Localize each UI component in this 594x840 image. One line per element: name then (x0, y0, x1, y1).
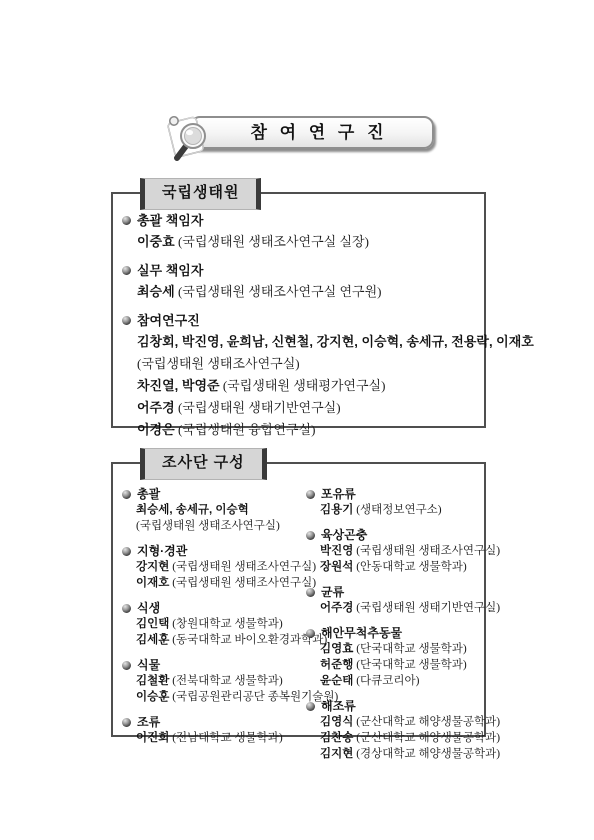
researcher-line: 김창회, 박진영, 윤희남, 신현철, 강지현, 이승혁, 송세규, 전용락, … (122, 331, 474, 353)
researcher-line: 이진희 (전남대학교 생물학과) (122, 730, 306, 746)
researcher-affiliation: (국립생태원 생태조사연구실 연구원) (175, 284, 382, 299)
sphere-bullet-icon (122, 718, 131, 727)
researcher-names: 어주경 (137, 400, 175, 415)
researcher-affiliation: (단국대학교 생물학과) (353, 643, 466, 655)
sphere-bullet-icon (122, 547, 131, 556)
group-heading: 실무 책임자 (122, 260, 474, 281)
researcher-affiliation: (경상대학교 해양생물공학과) (353, 748, 500, 760)
sphere-bullet-icon (122, 604, 131, 613)
researcher-line: (국립생태원 생태조사연구실) (122, 353, 474, 375)
researcher-names: 차진열, 박영준 (137, 378, 220, 393)
researcher-group: 해조류김영식 (군산대학교 해양생물공학과)김찬송 (군산대학교 해양생물공학과… (306, 698, 500, 762)
researcher-names: 이승훈 (136, 691, 169, 703)
researcher-affiliation: (국립생태원 생태조사연구실) (137, 356, 300, 371)
team-column-left: 총괄최승세, 송세규, 이승혁(국립생태원 생태조사연구실)지형·경관강지현 (… (122, 486, 306, 735)
group-heading: 육상곤충 (306, 527, 500, 543)
researcher-line: 이승훈 (국립공원관리공단 종복원기술원) (122, 689, 306, 705)
researcher-names: 김찬송 (320, 732, 353, 744)
group-heading-label: 식생 (137, 600, 160, 616)
researcher-line: 김찬송 (군산대학교 해양생물공학과) (306, 730, 500, 746)
group-heading: 총괄 (122, 486, 306, 502)
researcher-group: 실무 책임자최승세 (국립생태원 생태조사연구실 연구원) (122, 260, 474, 303)
team-column-right: 포유류김용기 (생태정보연구소)육상곤충박진영 (국립생태원 생태조사연구실)장… (306, 486, 500, 735)
researcher-names: 김창회, 박진영, 윤희남, 신현철, 강지현, 이승혁, 송세규, 전용락, … (137, 334, 534, 349)
researcher-group: 균류어주경 (국립생태원 생태기반연구실) (306, 584, 500, 616)
researcher-names: 이재호 (136, 577, 169, 589)
researcher-affiliation: (창원대학교 생물학과) (169, 618, 282, 630)
researcher-affiliation: (다큐코리아) (353, 675, 419, 687)
researcher-line: 김인택 (창원대학교 생물학과) (122, 616, 306, 632)
researcher-names: 윤순태 (320, 675, 353, 687)
researcher-group: 총괄최승세, 송세규, 이승혁(국립생태원 생태조사연구실) (122, 486, 306, 534)
researcher-names: 김영식 (320, 716, 353, 728)
group-heading-label: 육상곤충 (321, 527, 367, 543)
researcher-line: (국립생태원 생태조사연구실) (122, 518, 306, 534)
researcher-line: 이중효 (국립생태원 생태조사연구실 실장) (122, 231, 474, 253)
sphere-bullet-icon (306, 588, 315, 597)
section-nie-body: 총괄 책임자이중효 (국립생태원 생태조사연구실 실장)실무 책임자최승세 (국… (113, 194, 484, 426)
researcher-line: 어주경 (국립생태원 생태기반연구실) (122, 397, 474, 419)
researcher-group: 포유류김용기 (생태정보연구소) (306, 486, 500, 518)
researcher-names: 김철환 (136, 675, 169, 687)
researcher-affiliation: (동국대학교 바이오환경과학과) (169, 634, 327, 646)
group-heading: 해조류 (306, 698, 500, 714)
sphere-bullet-icon (122, 661, 131, 670)
group-heading: 균류 (306, 584, 500, 600)
group-heading-label: 균류 (321, 584, 344, 600)
group-heading: 포유류 (306, 486, 500, 502)
group-heading: 참여연구진 (122, 310, 474, 331)
group-heading-label: 조류 (137, 714, 160, 730)
document-page: 참 여 연 구 진 국립생태원 총괄 책임자이중효 (국립생태원 생태조사연구실… (0, 0, 594, 840)
page-title-banner: 참 여 연 구 진 (168, 110, 434, 160)
group-heading-label: 실무 책임자 (137, 260, 203, 281)
researcher-line: 김지현 (경상대학교 해양생물공학과) (306, 746, 500, 762)
researcher-affiliation: (국립생태원 생태기반연구실) (353, 602, 500, 614)
researcher-names: 김인택 (136, 618, 169, 630)
researcher-affiliation: (안동대학교 생물학과) (353, 561, 466, 573)
sphere-bullet-icon (306, 702, 315, 711)
researcher-names: 김세훈 (136, 634, 169, 646)
section-nie-label: 국립생태원 (140, 178, 261, 210)
group-heading: 식물 (122, 657, 306, 673)
researcher-line: 차진열, 박영준 (국립생태원 생태평가연구실) (122, 375, 474, 397)
researcher-names: 강지현 (136, 561, 169, 573)
researcher-names: 김용기 (320, 504, 353, 516)
researcher-names: 이경은 (137, 422, 175, 437)
researcher-group: 육상곤충박진영 (국립생태원 생태조사연구실)장원석 (안동대학교 생물학과) (306, 527, 500, 575)
researcher-line: 이경은 (국립생태원 융합연구실) (122, 419, 474, 441)
researcher-names: 김영효 (320, 643, 353, 655)
researcher-affiliation: (국립생태원 생태평가연구실) (220, 378, 386, 393)
researcher-line: 어주경 (국립생태원 생태기반연구실) (306, 600, 500, 616)
sphere-bullet-icon (122, 216, 131, 225)
researcher-affiliation: (국립생태원 생태기반연구실) (175, 400, 341, 415)
group-heading-label: 총괄 책임자 (137, 210, 203, 231)
researcher-affiliation: (국립생태원 생태조사연구실 실장) (175, 234, 369, 249)
title-bar: 참 여 연 구 진 (190, 116, 434, 149)
sphere-bullet-icon (306, 531, 315, 540)
researcher-names: 어주경 (320, 602, 353, 614)
researcher-line: 장원석 (안동대학교 생물학과) (306, 559, 500, 575)
researcher-line: 김영식 (군산대학교 해양생물공학과) (306, 714, 500, 730)
sphere-bullet-icon (122, 266, 131, 275)
researcher-group: 식생김인택 (창원대학교 생물학과)김세훈 (동국대학교 바이오환경과학과) (122, 600, 306, 648)
researcher-names: 이진희 (136, 732, 169, 744)
group-heading-label: 지형·경관 (137, 543, 187, 559)
researcher-affiliation: (국립생태원 융합연구실) (175, 422, 316, 437)
researcher-group: 식물김철환 (전북대학교 생물학과)이승훈 (국립공원관리공단 종복원기술원) (122, 657, 306, 705)
researcher-names: 최승세, 송세규, 이승혁 (136, 504, 249, 516)
researcher-group: 참여연구진김창회, 박진영, 윤희남, 신현철, 강지현, 이승혁, 송세규, … (122, 310, 474, 441)
sphere-bullet-icon (122, 316, 131, 325)
researcher-line: 김세훈 (동국대학교 바이오환경과학과) (122, 632, 306, 648)
researcher-names: 장원석 (320, 561, 353, 573)
researcher-affiliation: (군산대학교 해양생물공학과) (353, 716, 500, 728)
researcher-line: 김용기 (생태정보연구소) (306, 502, 500, 518)
group-heading: 총괄 책임자 (122, 210, 474, 231)
researcher-affiliation: (국립생태원 생태조사연구실) (169, 561, 316, 573)
group-heading-label: 포유류 (321, 486, 356, 502)
researcher-names: 이중효 (137, 234, 175, 249)
researcher-group: 총괄 책임자이중효 (국립생태원 생태조사연구실 실장) (122, 210, 474, 253)
researcher-group: 지형·경관강지현 (국립생태원 생태조사연구실)이재호 (국립생태원 생태조사연… (122, 543, 306, 591)
researcher-affiliation: (전북대학교 생물학과) (169, 675, 282, 687)
researcher-affiliation: (전남대학교 생물학과) (169, 732, 282, 744)
researcher-affiliation: (국립생태원 생태조사연구실) (136, 520, 280, 532)
researcher-affiliation: (군산대학교 해양생물공학과) (353, 732, 500, 744)
researcher-line: 박진영 (국립생태원 생태조사연구실) (306, 543, 500, 559)
researcher-names: 허준행 (320, 659, 353, 671)
magnifier-notepad-icon (162, 106, 220, 166)
researcher-line: 강지현 (국립생태원 생태조사연구실) (122, 559, 306, 575)
researcher-names: 박진영 (320, 545, 353, 557)
researcher-line: 최승세 (국립생태원 생태조사연구실 연구원) (122, 281, 474, 303)
researcher-names: 최승세 (137, 284, 175, 299)
group-heading-label: 식물 (137, 657, 160, 673)
section-team-body: 총괄최승세, 송세규, 이승혁(국립생태원 생태조사연구실)지형·경관강지현 (… (113, 464, 484, 735)
sphere-bullet-icon (306, 629, 315, 638)
researcher-group: 해안무척추동물김영효 (단국대학교 생물학과)허준행 (단국대학교 생물학과)윤… (306, 625, 500, 689)
researcher-line: 이재호 (국립생태원 생태조사연구실) (122, 575, 306, 591)
section-team-label: 조사단 구성 (140, 448, 267, 480)
group-heading: 식생 (122, 600, 306, 616)
section-nie: 국립생태원 총괄 책임자이중효 (국립생태원 생태조사연구실 실장)실무 책임자… (111, 192, 486, 428)
researcher-group: 조류이진희 (전남대학교 생물학과) (122, 714, 306, 746)
researcher-line: 허준행 (단국대학교 생물학과) (306, 657, 500, 673)
group-heading: 해안무척추동물 (306, 625, 500, 641)
page-title: 참 여 연 구 진 (236, 118, 387, 147)
researcher-affiliation: (생태정보연구소) (353, 504, 441, 516)
group-heading-label: 해안무척추동물 (321, 625, 402, 641)
sphere-bullet-icon (306, 490, 315, 499)
group-heading: 조류 (122, 714, 306, 730)
researcher-line: 최승세, 송세규, 이승혁 (122, 502, 306, 518)
sphere-bullet-icon (122, 490, 131, 499)
researcher-line: 김철환 (전북대학교 생물학과) (122, 673, 306, 689)
group-heading-label: 해조류 (321, 698, 356, 714)
section-team: 조사단 구성 총괄최승세, 송세규, 이승혁(국립생태원 생태조사연구실)지형·… (111, 462, 486, 737)
researcher-affiliation: (단국대학교 생물학과) (353, 659, 466, 671)
researcher-affiliation: (국립생태원 생태조사연구실) (353, 545, 500, 557)
researcher-affiliation: (국립생태원 생태조사연구실) (169, 577, 316, 589)
researcher-line: 김영효 (단국대학교 생물학과) (306, 641, 500, 657)
group-heading-label: 참여연구진 (137, 310, 200, 331)
group-heading: 지형·경관 (122, 543, 306, 559)
researcher-line: 윤순태 (다큐코리아) (306, 673, 500, 689)
group-heading-label: 총괄 (137, 486, 160, 502)
researcher-names: 김지현 (320, 748, 353, 760)
